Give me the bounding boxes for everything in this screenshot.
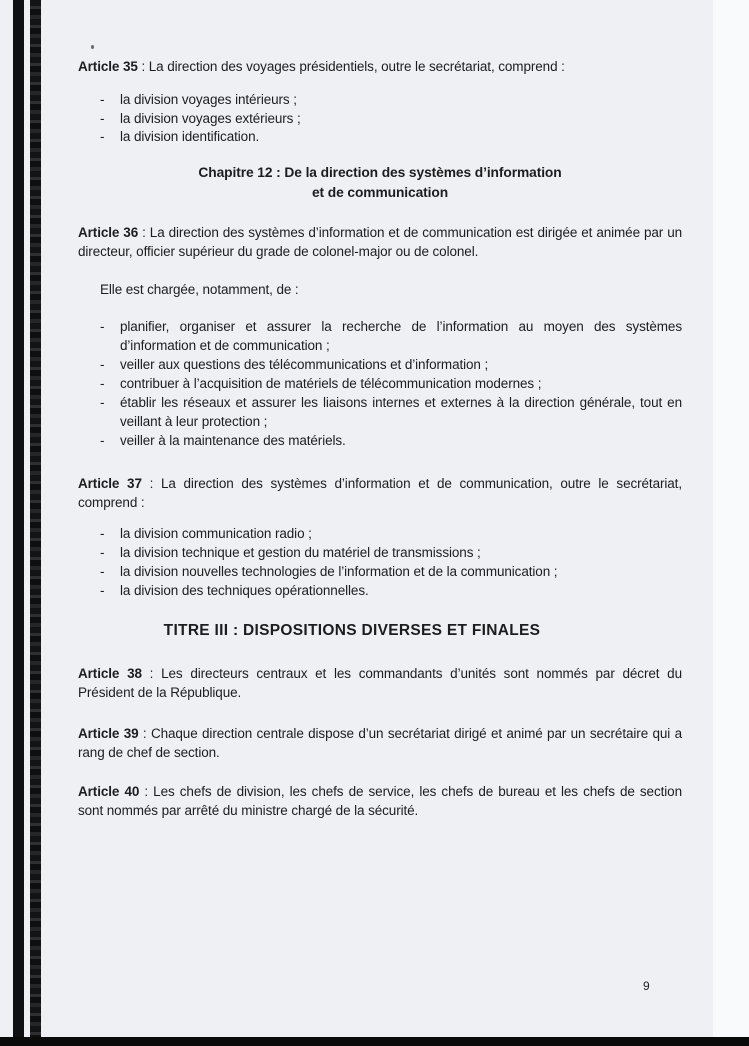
dash-bullet: -	[100, 317, 104, 336]
article-35-text: La direction des voyages présidentiels, …	[149, 59, 565, 74]
list-item: -la division identification.	[78, 128, 682, 147]
dash-bullet: -	[100, 91, 104, 110]
scanned-page: Article 35 : La direction des voyages pr…	[0, 0, 749, 1046]
list-item: -la division technique et gestion du mat…	[78, 543, 682, 562]
label-separator: :	[142, 666, 161, 681]
article-39-label: Article 39	[78, 726, 139, 741]
label-separator: :	[138, 225, 150, 240]
list-item: -établir les réseaux et assurer les liai…	[78, 393, 682, 431]
dash-bullet: -	[100, 355, 104, 374]
label-separator: :	[139, 784, 153, 799]
chapter-12-line2: et de communication	[312, 185, 448, 200]
dash-bullet: -	[100, 562, 104, 581]
title-iii-heading: TITRE III : DISPOSITIONS DIVERSES ET FIN…	[50, 620, 654, 642]
article-40-text: Les chefs de division, les chefs de serv…	[78, 784, 682, 818]
list-item: -veiller à la maintenance des matériels.	[78, 431, 682, 450]
binding-stripe-outer	[13, 0, 24, 1046]
article-35-paragraph: Article 35 : La direction des voyages pr…	[78, 57, 682, 76]
dash-bullet: -	[100, 128, 104, 147]
chapter-12-line1: Chapitre 12 : De la direction des systèm…	[198, 165, 561, 180]
binding-stripe-inner	[30, 0, 41, 1046]
list-item: -la division voyages extérieurs ;	[78, 110, 682, 129]
dash-bullet: -	[100, 524, 104, 543]
list-item-text: veiller à la maintenance des matériels.	[120, 433, 346, 448]
article-38-paragraph: Article 38 : Les directeurs centraux et …	[78, 664, 682, 702]
article-35-list: -la division voyages intérieurs ; -la di…	[78, 91, 682, 147]
list-item: -la division nouvelles technologies de l…	[78, 562, 682, 581]
article-37-text: La direction des systèmes d’information …	[78, 476, 682, 510]
list-item-text: la division voyages extérieurs ;	[120, 111, 301, 126]
article-36-list: -planifier, organiser et assurer la rech…	[78, 317, 682, 450]
article-37-label: Article 37	[78, 476, 142, 491]
dash-bullet: -	[100, 581, 104, 600]
article-36-text: La direction des systèmes d’information …	[78, 225, 682, 259]
scan-edge-bar	[0, 1037, 749, 1046]
article-38-text: Les directeurs centraux et les commandan…	[78, 666, 682, 700]
list-item-text: veiller aux questions des télécommunicat…	[120, 357, 488, 372]
label-separator: :	[139, 726, 151, 741]
list-item: -planifier, organiser et assurer la rech…	[78, 317, 682, 355]
dash-bullet: -	[100, 393, 104, 412]
article-36-intro: Elle est chargée, notamment, de :	[78, 280, 682, 299]
article-39-text: Chaque direction centrale dispose d’un s…	[78, 726, 682, 760]
list-item: -la division voyages intérieurs ;	[78, 91, 682, 110]
dash-bullet: -	[100, 543, 104, 562]
document-content: Article 35 : La direction des voyages pr…	[78, 57, 682, 820]
scan-speck	[91, 45, 94, 49]
list-item-text: la division voyages intérieurs ;	[120, 92, 297, 107]
list-item-text: établir les réseaux et assurer les liais…	[120, 395, 682, 429]
dash-bullet: -	[100, 431, 104, 450]
article-37-list: -la division communication radio ; -la d…	[78, 524, 682, 600]
article-37-paragraph: Article 37 : La direction des systèmes d…	[78, 474, 682, 512]
article-36-label: Article 36	[78, 225, 138, 240]
list-item-text: contribuer à l’acquisition de matériels …	[120, 376, 541, 391]
list-item-text: la division des techniques opérationnell…	[120, 583, 369, 598]
article-36-paragraph: Article 36 : La direction des systèmes d…	[78, 223, 682, 261]
label-separator: :	[138, 59, 149, 74]
list-item: -la division communication radio ;	[78, 524, 682, 543]
label-separator: :	[142, 476, 161, 491]
dash-bullet: -	[100, 110, 104, 129]
dash-bullet: -	[100, 374, 104, 393]
page-number: 9	[643, 979, 650, 993]
article-38-label: Article 38	[78, 666, 142, 681]
list-item-text: la division technique et gestion du maté…	[120, 545, 481, 560]
article-39-paragraph: Article 39 : Chaque direction centrale d…	[78, 724, 682, 762]
list-item-text: la division identification.	[120, 129, 259, 144]
list-item: -la division des techniques opérationnel…	[78, 581, 682, 600]
chapter-12-heading: Chapitre 12 : De la direction des systèm…	[78, 163, 682, 203]
list-item-text: la division nouvelles technologies de l’…	[120, 564, 557, 579]
article-40-paragraph: Article 40 : Les chefs de division, les …	[78, 782, 682, 820]
list-item: -veiller aux questions des télécommunica…	[78, 355, 682, 374]
list-item-text: la division communication radio ;	[120, 526, 312, 541]
article-35-label: Article 35	[78, 59, 138, 74]
list-item-text: planifier, organiser et assurer la reche…	[120, 319, 682, 353]
list-item: -contribuer à l’acquisition de matériels…	[78, 374, 682, 393]
article-40-label: Article 40	[78, 784, 139, 799]
scan-right-band	[713, 0, 749, 1046]
